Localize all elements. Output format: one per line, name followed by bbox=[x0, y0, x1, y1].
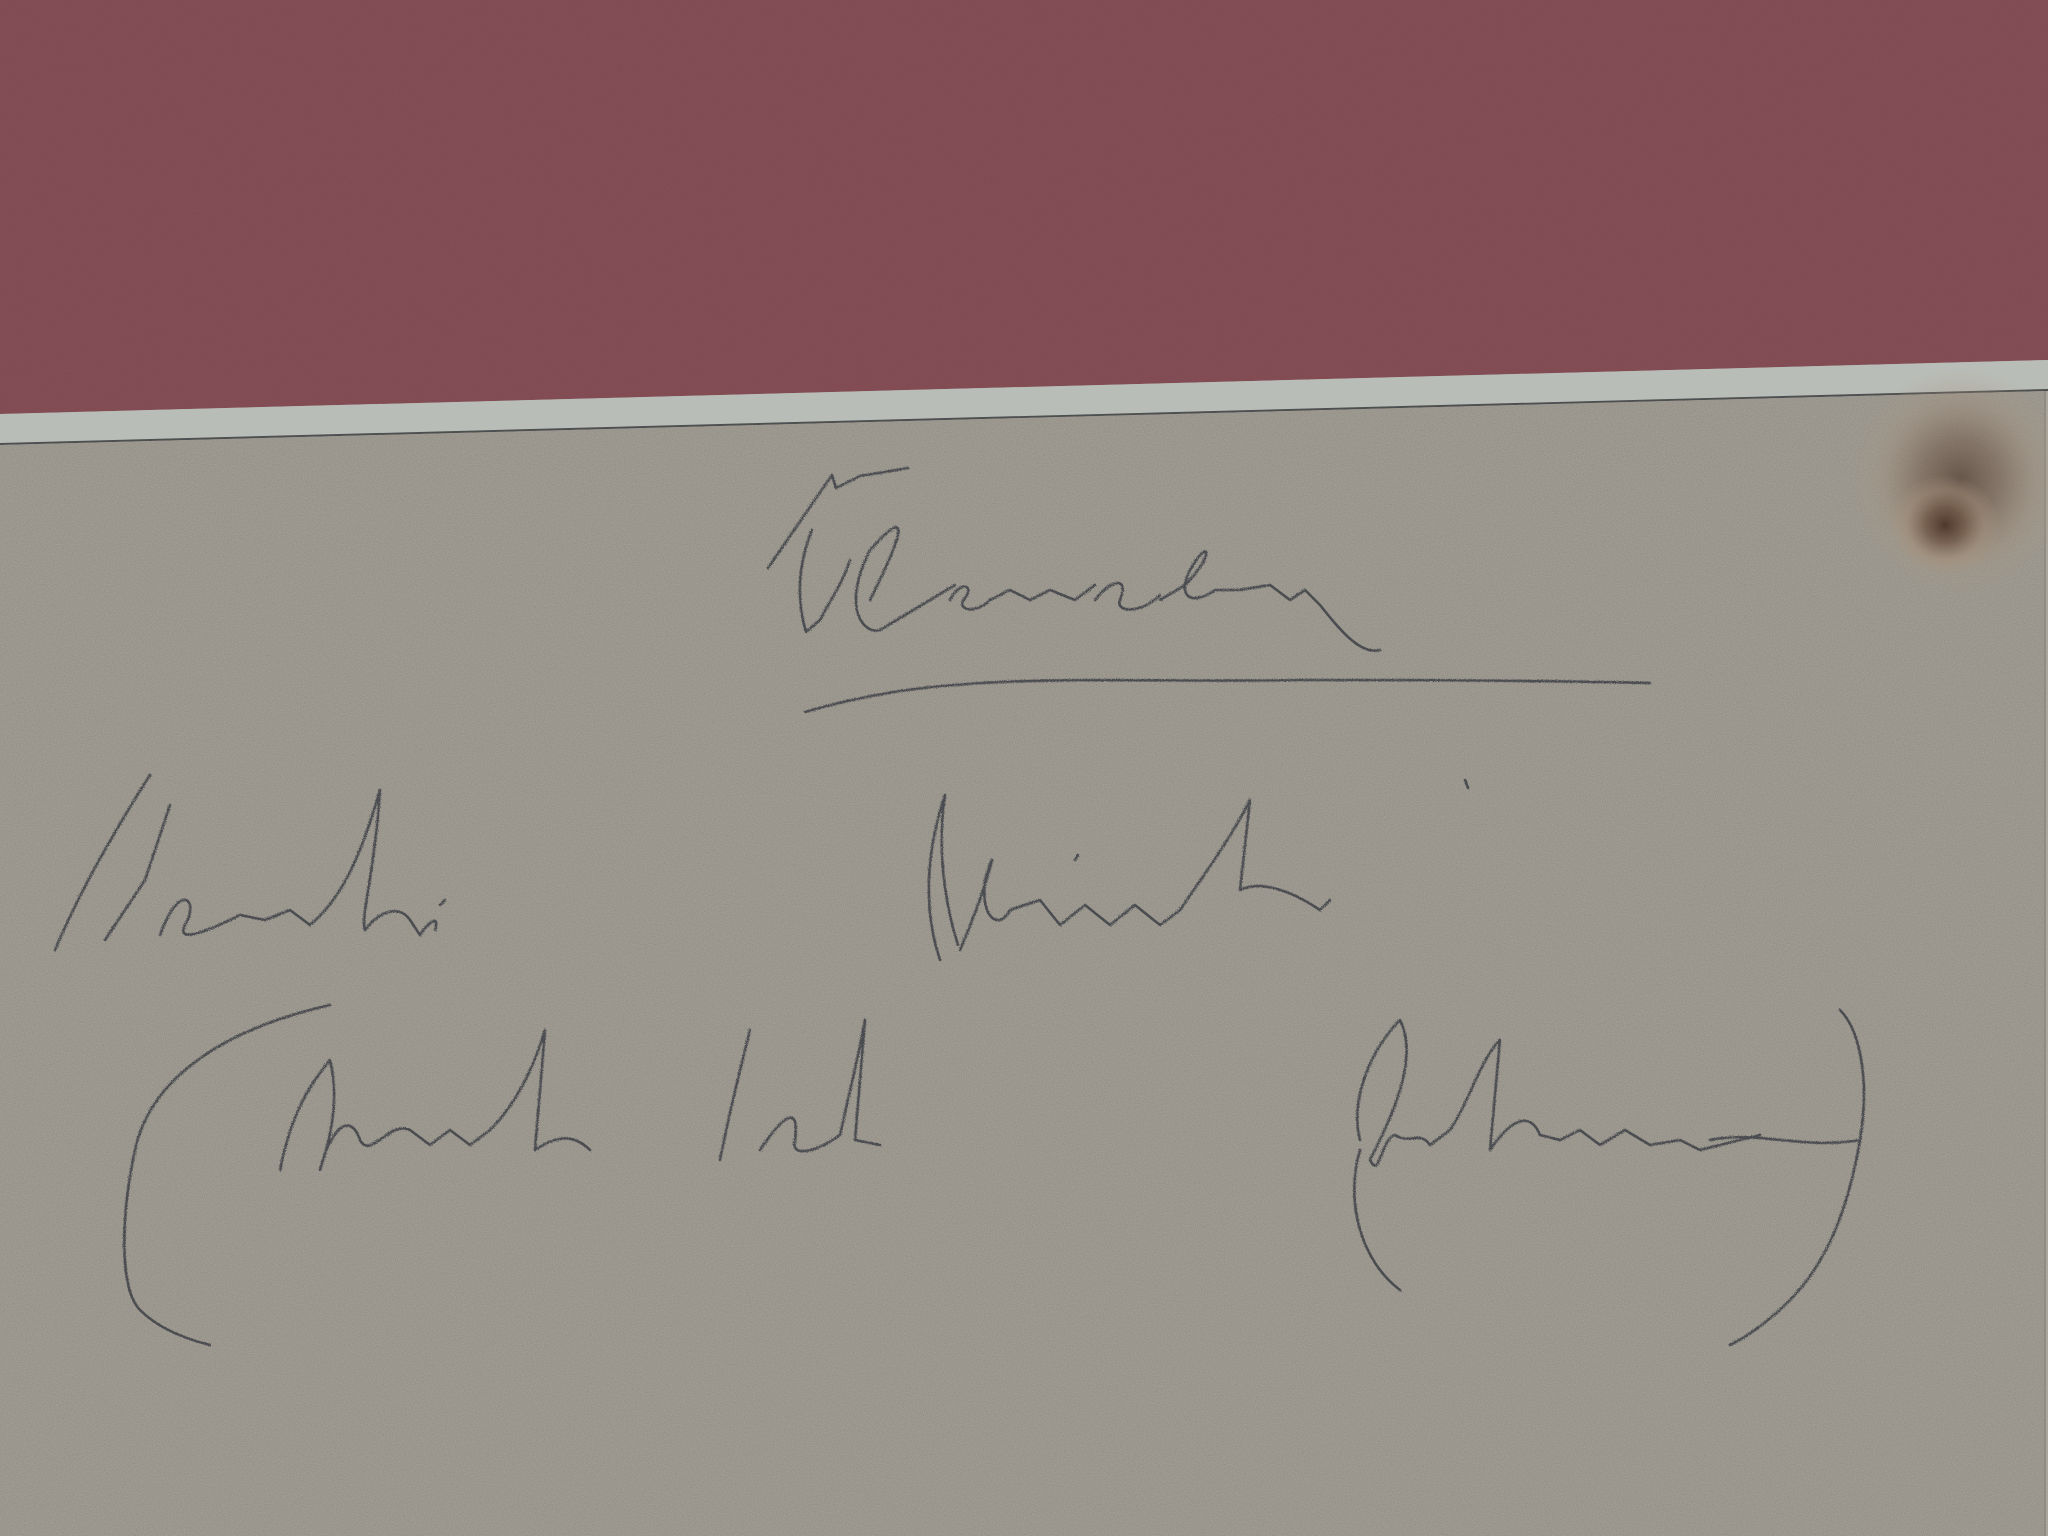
photo-scene: Vlencen Vendis Minnck (Mark Sid Labsen) bbox=[0, 0, 2048, 1536]
scene-svg bbox=[0, 0, 2048, 1536]
